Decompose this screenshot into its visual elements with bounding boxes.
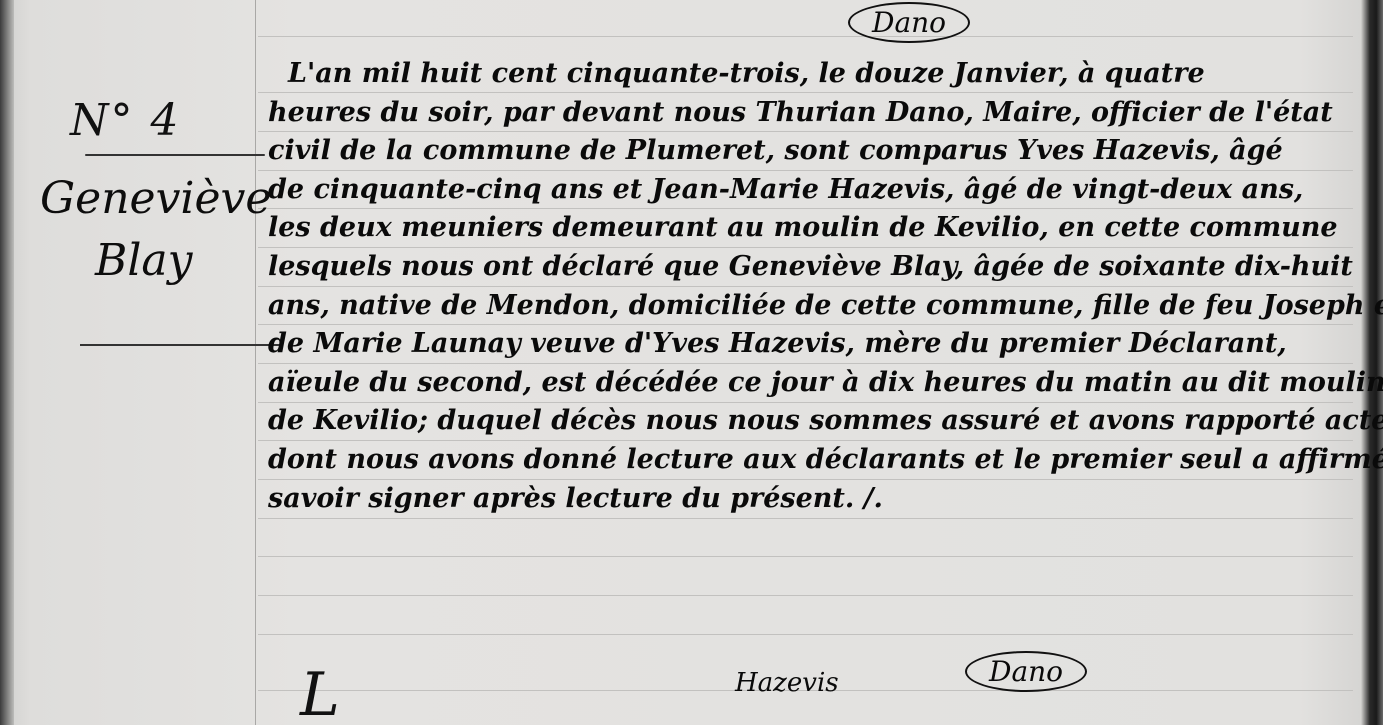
entry-number: N° 4 [70, 95, 250, 146]
body-line: savoir signer après lecture du présent. … [268, 480, 1348, 519]
entry-body: L'an mil huit cent cinquante-trois, le d… [268, 55, 1348, 518]
body-line: heures du soir, par devant nous Thurian … [268, 94, 1348, 133]
body-line: de cinquante-cinq ans et Jean-Marie Haze… [268, 171, 1348, 210]
body-line: dont nous avons donné lecture aux déclar… [268, 441, 1348, 480]
ruled-line [258, 36, 1353, 37]
body-line: lesquels nous ont déclaré que Geneviève … [268, 248, 1348, 287]
body-line: de Marie Launay veuve d'Yves Hazevis, mè… [268, 325, 1348, 364]
mayor-signature: Dano [965, 655, 1087, 688]
witness-signature: Hazevis [735, 668, 839, 698]
page-binding-edge [0, 0, 14, 725]
body-line: aïeule du second, est décédée ce jour à … [268, 364, 1348, 403]
previous-entry-fragment [300, 0, 313, 30]
ruled-line [258, 556, 1353, 557]
signature-dano-bottom: Dano [965, 651, 1087, 692]
body-line: ans, native de Mendon, domiciliée de cet… [268, 287, 1348, 326]
margin-divider-bottom [80, 344, 280, 346]
ruled-line [258, 518, 1353, 519]
page-right-edge [1361, 0, 1383, 725]
deceased-given-name: Geneviève [40, 168, 250, 230]
ruled-line [258, 634, 1353, 635]
ruled-line [258, 595, 1353, 596]
margin-divider [85, 154, 265, 156]
margin-annotation: N° 4 Geneviève Blay [30, 95, 250, 346]
deceased-surname: Blay [95, 230, 250, 292]
signature-dano-top: Dano [848, 2, 970, 43]
body-line: les deux meuniers demeurant au moulin de… [268, 209, 1348, 248]
body-line: civil de la commune de Plumeret, sont co… [268, 132, 1348, 171]
margin-rule [255, 0, 256, 725]
margin-name: Geneviève Blay [40, 168, 250, 292]
body-line: de Kevilio; duquel décès nous nous somme… [268, 402, 1348, 441]
body-line: L'an mil huit cent cinquante-trois, le d… [268, 55, 1348, 94]
next-entry-initial: L [300, 660, 340, 725]
header-signature: Dano [848, 6, 970, 39]
register-page: Dano N° 4 Geneviève Blay L'an mil huit c… [0, 0, 1383, 725]
